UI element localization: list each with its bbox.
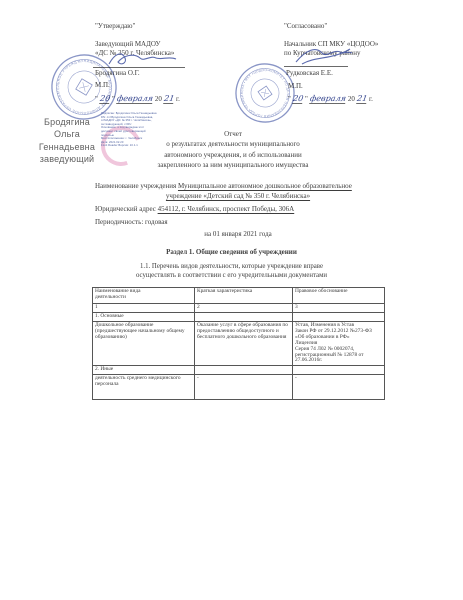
- table-group-row-other: 2. Иные: [93, 366, 385, 375]
- institution-name-line2: учреждение «Детский сад № 350 г. Челябин…: [92, 192, 384, 201]
- col-number-1: 1: [93, 304, 195, 313]
- legal-address-label: Юридический адрес: [95, 205, 156, 213]
- seal-right-ring-text: КОМИТЕТ ПО ДЕЛАМ ОБРАЗОВАНИЯ ГОРОДА ЧЕЛЯ…: [229, 57, 295, 122]
- group-other-empty-2: [195, 366, 293, 375]
- agreement-signature-scribble: [288, 44, 354, 68]
- table-group-row-main: 1. Основные: [93, 313, 385, 322]
- cell-description-preschool: Оказание услуг в сфере образования по пр…: [195, 322, 293, 366]
- agreement-date-month: февраля: [309, 94, 347, 104]
- institution-name-label: Наименование учреждения: [95, 182, 176, 190]
- agreement-date-line: "20" февраля 2021 г.: [288, 94, 373, 104]
- header-legal: Правовое обоснование: [293, 288, 385, 304]
- agreement-date-year-prefix: 20: [348, 95, 355, 103]
- col-number-3: 3: [293, 304, 385, 313]
- cell-activity-preschool: Дошкольное образование (предшествующее н…: [93, 322, 195, 366]
- document-page: "Утверждаю" Заведующий МАДОУ «ДС № 350 г…: [0, 0, 463, 600]
- eds-name-line2: Ольга: [33, 128, 101, 140]
- institution-name-line1: Наименование учреждения Муниципальное ав…: [95, 182, 395, 191]
- group-main-empty-2: [195, 313, 293, 322]
- eds-name-line3: Геннадьевна: [33, 141, 101, 153]
- approval-date-suffix: г.: [176, 95, 180, 103]
- approval-title: "Утверждаю": [95, 22, 235, 31]
- report-title-line3: автономного учреждения, и об использован…: [110, 150, 356, 160]
- agreement-title: "Согласовано": [284, 22, 434, 31]
- institution-name-value-part1: Муниципальное автономное дошкольное обра…: [178, 182, 352, 190]
- eds-signer-name: Бродягина Ольга Геннадьевна заведующий: [33, 116, 101, 166]
- section1-heading: Раздел 1. Общие сведения об учреждении: [0, 248, 463, 257]
- svg-text:КОМИТЕТ ПО ДЕЛАМ ОБРАЗОВАНИЯ Г: КОМИТЕТ ПО ДЕЛАМ ОБРАЗОВАНИЯ ГОРОДА ЧЕЛЯ…: [229, 57, 295, 122]
- approval-signature-scribble: [103, 50, 181, 68]
- agreement-date-suffix: г.: [369, 95, 373, 103]
- round-seal-right-icon: КОМИТЕТ ПО ДЕЛАМ ОБРАЗОВАНИЯ ГОРОДА ЧЕЛЯ…: [229, 57, 301, 129]
- table-row-preschool: Дошкольное образование (предшествующее н…: [93, 322, 385, 366]
- group-other-empty-3: [293, 366, 385, 375]
- table-number-row: 1 2 3: [93, 304, 385, 313]
- cell-legal-medical: -: [293, 375, 385, 400]
- table-header-row: Наименование вида деятельности Краткая х…: [93, 288, 385, 304]
- approval-date-year: 21: [163, 94, 175, 104]
- institution-name-value-part2: учреждение «Детский сад № 350 г. Челябин…: [166, 192, 310, 200]
- section1-subheading-line2: осуществлять в соответствии с его учреди…: [0, 272, 463, 281]
- periodicity-line: Периодичность: годовая: [95, 218, 168, 227]
- as-of-date-line: на 01 января 2021 года: [92, 230, 384, 239]
- agreement-date-close-quote: ": [305, 95, 308, 103]
- report-title-line4: закрепленного за ним муниципального имущ…: [110, 160, 356, 170]
- legal-address-value: 454112, г. Челябинск, проспект Победы, 3…: [158, 205, 295, 213]
- eds-name-line4: заведующий: [33, 153, 101, 165]
- report-title: Отчет о результатах деятельности муницип…: [110, 129, 356, 171]
- eds-name-line1: Бродягина: [33, 116, 101, 128]
- group-main-empty-3: [293, 313, 385, 322]
- agreement-date-year: 21: [356, 94, 368, 104]
- approval-position-line1: Заведующий МАДОУ: [95, 40, 235, 49]
- table-row-medical: деятельность среднего медицинского персо…: [93, 375, 385, 400]
- cell-activity-medical: деятельность среднего медицинского персо…: [93, 375, 195, 400]
- group-label-main: 1. Основные: [93, 313, 195, 322]
- section1-subheading-line1: 1.1. Перечень видов деятельности, которы…: [0, 263, 463, 272]
- group-label-other: 2. Иные: [93, 366, 195, 375]
- report-title-line1: Отчет: [110, 129, 356, 139]
- cell-description-medical: -: [195, 375, 293, 400]
- header-description: Краткая характеристика: [195, 288, 293, 304]
- approval-date-year-prefix: 20: [155, 95, 162, 103]
- header-activity: Наименование вида деятельности: [93, 288, 195, 304]
- report-title-line2: о результатах деятельности муниципальног…: [110, 139, 356, 149]
- col-number-2: 2: [195, 304, 293, 313]
- activities-table: Наименование вида деятельности Краткая х…: [92, 287, 385, 400]
- cell-legal-preschool: Устав, Изменения в Устав Закон РФ от 29.…: [293, 322, 385, 366]
- legal-address-line: Юридический адрес 454112, г. Челябинск, …: [95, 205, 395, 214]
